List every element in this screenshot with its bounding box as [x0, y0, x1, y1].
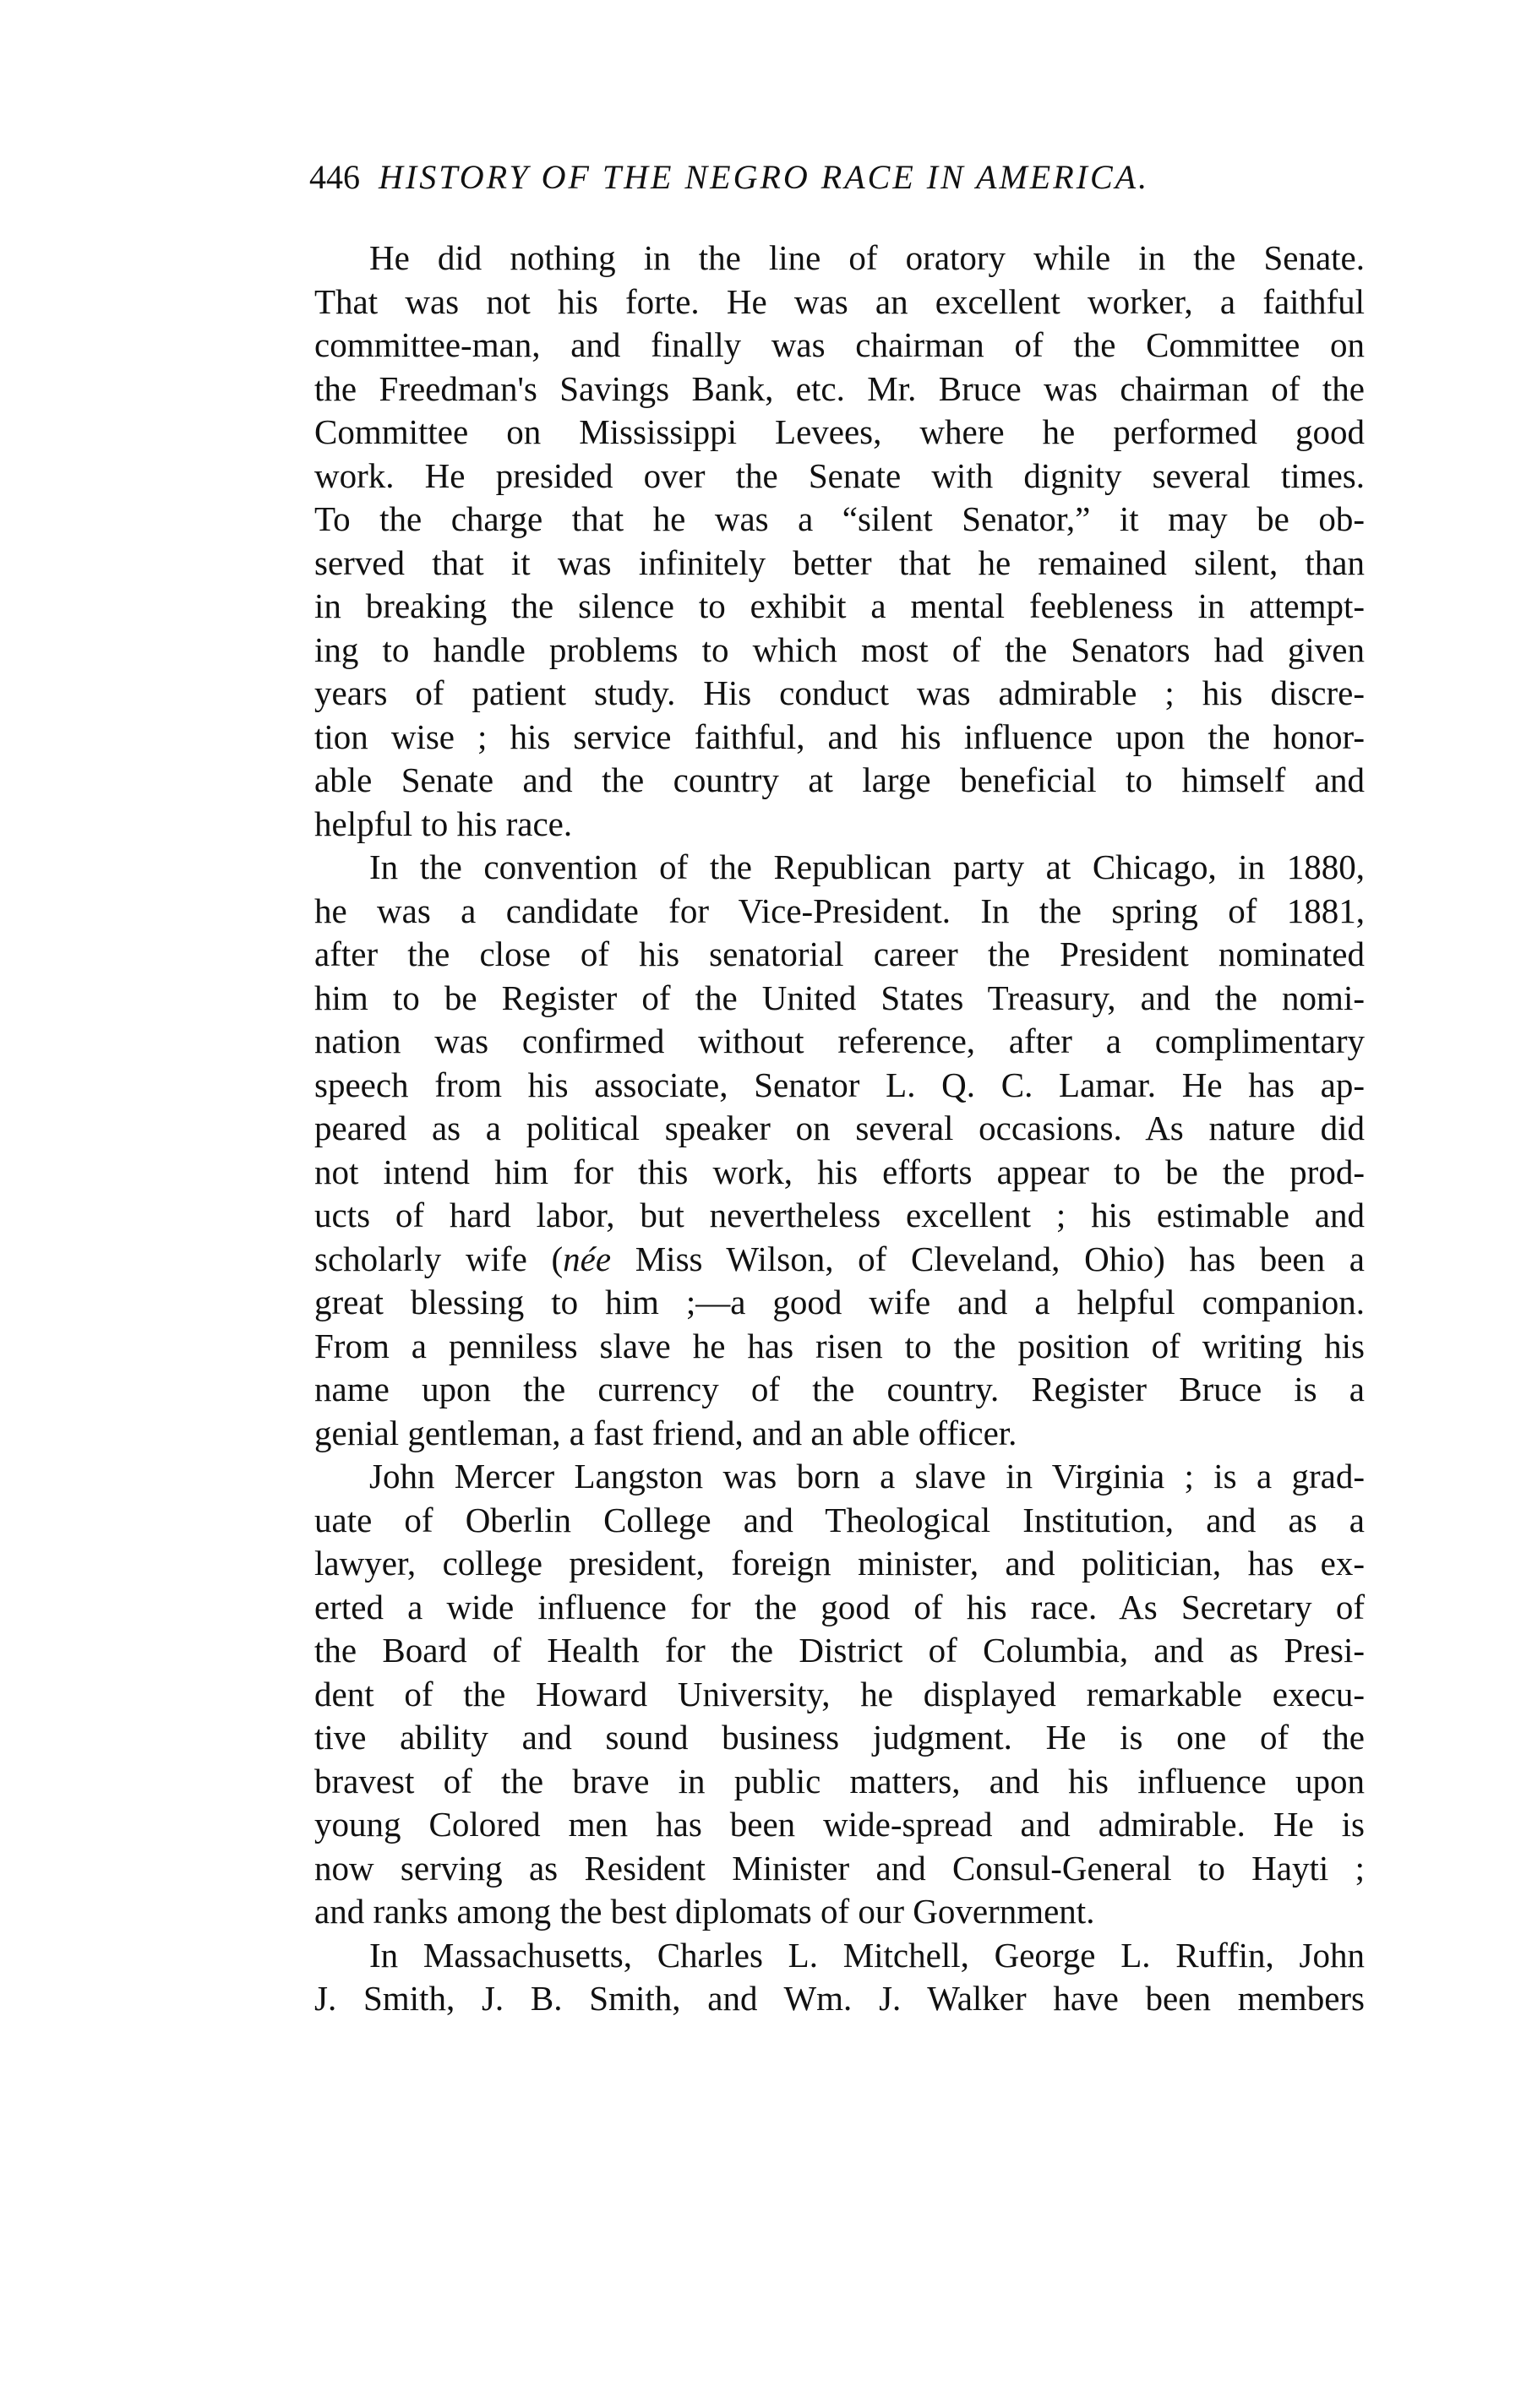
text-line: ing to handle problems to which most of …: [314, 629, 1365, 673]
text-line: great blessing to him ;—a good wife and …: [314, 1281, 1365, 1325]
text-line: Committee on Mississippi Levees, where h…: [314, 411, 1365, 455]
text-line: helpful to his race.: [314, 803, 1365, 847]
running-header: 446HISTORY OF THE NEGRO RACE IN AMERICA.: [309, 157, 1298, 198]
text-line: young Colored men has been wide-spread a…: [314, 1803, 1365, 1847]
text-line: From a penniless slave he has risen to t…: [314, 1325, 1365, 1369]
italic-nee: née: [563, 1239, 611, 1278]
paragraph-first-line: In Massachusetts, Charles L. Mitchell, G…: [314, 1934, 1365, 1978]
body-text: He did nothing in the line of oratory wh…: [314, 237, 1365, 2021]
paragraph-first-line: John Mercer Langston was born a slave in…: [314, 1455, 1365, 1499]
text-line: the Freedman's Savings Bank, etc. Mr. Br…: [314, 368, 1365, 411]
text-line: tion wise ; his service faithful, and hi…: [314, 716, 1365, 760]
text-line: name upon the currency of the country. R…: [314, 1368, 1365, 1412]
text-line: bravest of the brave in public matters, …: [314, 1760, 1365, 1804]
text-line: able Senate and the country at large ben…: [314, 759, 1365, 803]
text-line: tive ability and sound business judgment…: [314, 1716, 1365, 1760]
text-line: nation was confirmed without reference, …: [314, 1020, 1365, 1064]
text-line: him to be Register of the United States …: [314, 977, 1365, 1021]
text-line: in breaking the silence to exhibit a men…: [314, 585, 1365, 629]
text-line: speech from his associate, Senator L. Q.…: [314, 1064, 1365, 1108]
text-line: and ranks among the best diplomats of ou…: [314, 1890, 1365, 1934]
text-line: J. Smith, J. B. Smith, and Wm. J. Walker…: [314, 1977, 1365, 2021]
text-line: To the charge that he was a “silent Sena…: [314, 498, 1365, 542]
text-line: uate of Oberlin College and Theological …: [314, 1499, 1365, 1543]
text-line: not intend him for this work, his effort…: [314, 1151, 1365, 1195]
text-line: peared as a political speaker on several…: [314, 1107, 1365, 1151]
text-line: years of patient study. His conduct was …: [314, 672, 1365, 716]
text-line: served that it was infinitely better tha…: [314, 542, 1365, 586]
text-line: genial gentleman, a fast friend, and an …: [314, 1412, 1365, 1456]
text-line: work. He presided over the Senate with d…: [314, 455, 1365, 498]
text-line: dent of the Howard University, he displa…: [314, 1673, 1365, 1717]
text-line: committee-man, and finally was chairman …: [314, 324, 1365, 368]
text-line: the Board of Health for the District of …: [314, 1629, 1365, 1673]
text-line: now serving as Resident Minister and Con…: [314, 1847, 1365, 1891]
text-line: after the close of his senatorial career…: [314, 933, 1365, 977]
paragraph-first-line: In the convention of the Republican part…: [314, 846, 1365, 890]
paragraph-first-line: He did nothing in the line of oratory wh…: [314, 237, 1365, 281]
text-line: erted a wide influence for the good of h…: [314, 1586, 1365, 1630]
running-title: HISTORY OF THE NEGRO RACE IN AMERICA.: [379, 158, 1149, 196]
text-line: lawyer, college president, foreign minis…: [314, 1542, 1365, 1586]
text-line: ucts of hard labor, but nevertheless exc…: [314, 1194, 1365, 1238]
text-line: he was a candidate for Vice-President. I…: [314, 890, 1365, 934]
text-line: scholarly wife (née Miss Wilson, of Clev…: [314, 1238, 1365, 1282]
book-page: 446HISTORY OF THE NEGRO RACE IN AMERICA.…: [0, 0, 1521, 2408]
page-number: 446: [309, 158, 360, 196]
text-line: That was not his forte. He was an excell…: [314, 281, 1365, 324]
